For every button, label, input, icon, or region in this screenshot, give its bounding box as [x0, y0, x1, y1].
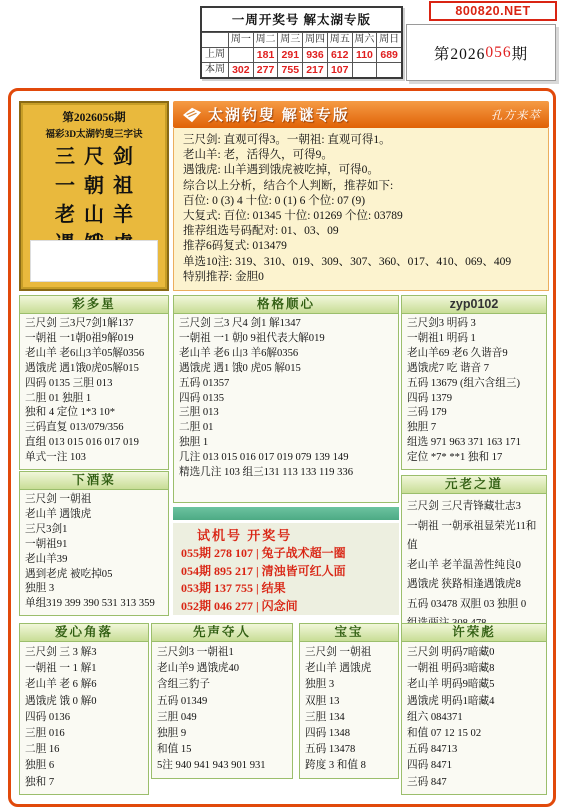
site-link[interactable]: 800820.NET: [429, 1, 557, 21]
section-caiduoxing: 彩多星 三尺剑 三3尺7剑1解137一朝祖 一1朝0祖9解019老山羊 老6山3…: [19, 295, 169, 470]
text-line: 三码直复 013/079/356: [25, 421, 163, 436]
teal-separator-bar: [173, 507, 399, 520]
text-line: 独胆 1: [179, 436, 393, 451]
text-line: 遇饿虎 狭路相逢遇饿虎8: [407, 575, 541, 595]
text-line: 双胆 13: [305, 694, 393, 710]
section-title: zyp0102: [402, 296, 546, 314]
text-line: 五码 84713: [407, 742, 541, 758]
text-line: 5注 940 941 943 901 931: [157, 758, 287, 774]
decode-line: 大复式: 百位: 01345 十位: 01269 个位: 03789: [183, 209, 539, 224]
golden-verse: 三尺剑: [30, 145, 167, 169]
text-line: 三尺剑 三尺青锋藏壮志3: [407, 497, 541, 517]
text-line: 遇饿虎 明码1暗藏4: [407, 694, 541, 710]
table-cell: 周二: [253, 33, 278, 47]
shiji-title: 试机号 开奖号: [181, 526, 391, 545]
section-yuanlao: 元老之道 三尺剑 三尺青锋藏壮志3一朝祖 一朝承祖显荣光11和值老山羊 老羊温善…: [401, 475, 547, 638]
issue-number: 056: [485, 44, 511, 62]
text-line: 遇饿虎 遇1饿0虎05解015: [25, 362, 163, 377]
decode-line: 特别推荐: 金胆0: [183, 270, 539, 285]
section-title: 彩多星: [20, 296, 168, 314]
text-line: 含组三豹子: [157, 677, 287, 693]
text-line: 一朝祖91: [25, 538, 163, 553]
section-shiji: 试机号 开奖号 055期 278 107 | 兔子战术超一圈054期 895 2…: [173, 523, 399, 615]
table-cell: 周三: [277, 33, 302, 47]
text-line: 和值 07 12 15 02: [407, 726, 541, 742]
text-line: 独胆 3: [25, 582, 163, 597]
text-line: 三尺剑 三 3 解3: [25, 645, 143, 661]
draw-history-line: 053期 137 755 | 结果: [181, 580, 391, 598]
text-line: 五码 01349: [157, 694, 287, 710]
main-header: 太湖钓叟 解谜专版 孔方来萃: [173, 101, 549, 128]
paper-icon: [181, 106, 203, 124]
text-line: 遇饿虎 遇1 饿0 虎05 解015: [179, 362, 393, 377]
section-zyp0102: zyp0102 三尺剑3 明码 3一朝祖1 明码 1老山羊69 老6 久谐音9遇…: [401, 295, 547, 470]
table-cell: 110: [352, 48, 377, 62]
golden-issue: 第2026056期: [21, 109, 167, 125]
text-line: 四码 8471: [407, 758, 541, 774]
text-line: 一朝祖1 明码 1: [407, 332, 541, 347]
text-line: 老山羊39: [25, 553, 163, 568]
text-line: 五码 01357: [179, 377, 393, 392]
text-line: 单式一注 103: [25, 451, 163, 466]
text-line: 老山羊 老6 山3 羊6解0356: [179, 347, 393, 362]
text-line: 三胆 134: [305, 710, 393, 726]
table-cell: 上周: [202, 48, 228, 62]
text-line: 三尺剑 一朝祖: [305, 645, 393, 661]
section-body: 三尺剑3 一朝祖1老山羊9 遇饿虎40含组三豹子五码 01349三胆 049独胆…: [152, 642, 292, 778]
shiji-body: 055期 278 107 | 兔子战术超一圈054期 895 217 | 清浊皆…: [181, 545, 391, 615]
text-line: 三尺剑3 一朝祖1: [157, 645, 287, 661]
text-line: 老山羊 明码9暗藏5: [407, 677, 541, 693]
decode-line: 单选10注: 319、310、019、309、307、360、017、410、0…: [183, 255, 539, 270]
table-cell: 755: [277, 63, 302, 77]
text-line: 二胆 16: [25, 742, 143, 758]
table-cell: 291: [277, 48, 302, 62]
draw-history-line: 052期 046 277 | 闪念间: [181, 598, 391, 616]
section-title: 许荣彪: [402, 624, 546, 642]
weekly-table-row-lastweek: 上周181291936612110689: [202, 47, 401, 62]
table-cell: [352, 63, 377, 77]
golden-verse-card: 第2026056期 福彩3D太湖钓叟三字诀 三尺剑 一朝祖 老山羊 遇饿虎: [19, 101, 169, 291]
table-cell: 302: [228, 63, 253, 77]
text-line: 三尺剑 明码7暗藏0: [407, 645, 541, 661]
text-line: 三胆 016: [25, 726, 143, 742]
issue-prefix: 第2026: [434, 42, 486, 64]
section-title: 宝宝: [300, 624, 398, 642]
decode-line: 推荐组选号码配对: 01、03、09: [183, 224, 539, 239]
text-line: 四码 1379: [407, 392, 541, 407]
text-line: 一朝祖 一1朝0祖9解019: [25, 332, 163, 347]
main-decode-panel: 三尺剑: 直观可得3。一朝祖: 直观可得1。老山羊: 老，活得久，可得9。遇饿虎…: [173, 128, 549, 291]
text-line: 三胆 013: [179, 406, 393, 421]
section-body: 三尺剑3 明码 3一朝祖1 明码 1老山羊69 老6 久谐音9遇饿虎7 吃 谐音…: [402, 314, 546, 469]
section-gege: 格格顺心 三尺剑 三3 尺4 剑1 解1347一朝祖 一1 朝0 9祖代表大解0…: [173, 295, 399, 503]
table-cell: 周六: [352, 33, 377, 47]
text-line: 独和 4 定位 1*3 10*: [25, 406, 163, 421]
section-body: 三尺剑 明码7暗藏0一朝祖 明码3暗藏8老山羊 明码9暗藏5遇饿虎 明码1暗藏4…: [402, 642, 546, 794]
text-line: 三尺3剑1: [25, 523, 163, 538]
main-header-title: 太湖钓叟 解谜专版: [208, 104, 350, 125]
text-line: 遇到老虎 被吃掉05: [25, 568, 163, 583]
section-title: 爱心角落: [20, 624, 148, 642]
weekly-table-header-row: 周一周二周三周四周五周六周日: [202, 32, 401, 47]
section-body: 三尺剑 三 3 解3一朝祖 一 1 解1老山羊 老 6 解6遇饿虎 饿 0 解0…: [20, 642, 148, 794]
text-line: 三尺剑 三3尺7剑1解137: [25, 317, 163, 332]
section-title: 下酒菜: [20, 472, 168, 490]
table-cell: 217: [302, 63, 327, 77]
weekly-draws-table: 一周开奖号 解太湖专版 周一周二周三周四周五周六周日 上周18129193661…: [200, 6, 403, 79]
table-cell: 周四: [302, 33, 327, 47]
text-line: 四码 0135 三胆 013: [25, 377, 163, 392]
draw-history-line: 055期 278 107 | 兔子战术超一圈: [181, 545, 391, 563]
text-line: 一朝祖 一朝承祖显荣光11和值: [407, 517, 541, 556]
text-line: 四码 1348: [305, 726, 393, 742]
table-cell: 936: [302, 48, 327, 62]
text-line: 老山羊 老 6 解6: [25, 677, 143, 693]
text-line: 老山羊 遇饿虎: [25, 508, 163, 523]
text-line: 老山羊69 老6 久谐音9: [407, 347, 541, 362]
text-line: 二胆 01 独胆 1: [25, 392, 163, 407]
decode-line: 百位: 0 (3) 4 十位: 0 (1) 6 个位: 07 (9): [183, 194, 539, 209]
text-line: 三胆 049: [157, 710, 287, 726]
table-cell: 周一: [228, 33, 253, 47]
issue-suffix: 期: [512, 42, 529, 64]
section-aixin: 爱心角落 三尺剑 三 3 解3一朝祖 一 1 解1老山羊 老 6 解6遇饿虎 饿…: [19, 623, 149, 795]
text-line: 老山羊 遇饿虎: [305, 661, 393, 677]
text-line: 单组319 399 390 531 313 359: [25, 597, 163, 612]
text-line: 一朝祖 一1 朝0 9祖代表大解019: [179, 332, 393, 347]
text-line: 组六 084371: [407, 710, 541, 726]
decode-line: 三尺剑: 直观可得3。一朝祖: 直观可得1。: [183, 133, 539, 148]
table-cell: 689: [376, 48, 401, 62]
draw-history-line: 054期 895 217 | 清浊皆可红人面: [181, 563, 391, 581]
table-cell: 181: [253, 48, 278, 62]
text-line: 三尺剑 三3 尺4 剑1 解1347: [179, 317, 393, 332]
text-line: 五码 03478 双胆 03 独胆 0: [407, 595, 541, 615]
text-line: 独和 7: [25, 775, 143, 791]
section-xiajiucai: 下酒菜 三尺剑 一朝祖老山羊 遇饿虎三尺3剑1一朝祖91老山羊39遇到老虎 被吃…: [19, 471, 169, 616]
text-line: 三尺剑3 明码 3: [407, 317, 541, 332]
table-cell: 周日: [376, 33, 401, 47]
decode-line: 遇饿虎: 山羊遇到饿虎被吃掉，可得0。: [183, 163, 539, 178]
section-body: 三尺剑 一朝祖老山羊 遇饿虎三尺3剑1一朝祖91老山羊39遇到老虎 被吃掉05独…: [20, 490, 168, 615]
text-line: 组选 971 963 371 163 171: [407, 436, 541, 451]
text-line: 直组 013 015 016 017 019: [25, 436, 163, 451]
table-cell: 277: [253, 63, 278, 77]
decode-line: 推荐6码复式: 013479: [183, 239, 539, 254]
text-line: 老山羊 老6山3羊05解0356: [25, 347, 163, 362]
text-line: 独胆 9: [157, 726, 287, 742]
section-body: 三尺剑 三3尺7剑1解137一朝祖 一1朝0祖9解019老山羊 老6山3羊05解…: [20, 314, 168, 469]
text-line: 遇饿虎 饿 0 解0: [25, 694, 143, 710]
section-body: 三尺剑 一朝祖老山羊 遇饿虎独胆 3双胆 13三胆 134四码 1348五码 1…: [300, 642, 398, 778]
text-line: 独胆 6: [25, 758, 143, 774]
golden-verse: 老山羊: [30, 203, 167, 227]
golden-subtitle: 福彩3D太湖钓叟三字诀: [21, 126, 167, 140]
text-line: 四码 0136: [25, 710, 143, 726]
text-line: 独胆 3: [305, 677, 393, 693]
weekly-table-row-thisweek: 本周302277755217107: [202, 62, 401, 77]
text-line: 三尺剑 一朝祖: [25, 493, 163, 508]
text-line: 遇饿虎7 吃 谐音 7: [407, 362, 541, 377]
text-line: 定位 *7* **1 独和 17: [407, 451, 541, 466]
section-title: 先声夺人: [152, 624, 292, 642]
text-line: 老山羊 老羊温善性纯良0: [407, 556, 541, 576]
main-header-right-label: 孔方来萃: [491, 107, 541, 123]
text-line: 二胆 01: [179, 421, 393, 436]
table-cell: [202, 33, 228, 47]
table-cell: 本周: [202, 63, 228, 77]
section-baobao: 宝宝 三尺剑 一朝祖老山羊 遇饿虎独胆 3双胆 13三胆 134四码 1348五…: [299, 623, 399, 779]
text-line: 一朝祖 一 1 解1: [25, 661, 143, 677]
table-cell: [228, 48, 253, 62]
text-line: 五码 13679 (组六含组三): [407, 377, 541, 392]
golden-blank-box: [30, 240, 158, 282]
text-line: 三码 179: [407, 406, 541, 421]
table-cell: 612: [327, 48, 352, 62]
section-xiansheng: 先声夺人 三尺剑3 一朝祖1老山羊9 遇饿虎40含组三豹子五码 01349三胆 …: [151, 623, 293, 779]
table-cell: 周五: [327, 33, 352, 47]
text-line: 四码 0135: [179, 392, 393, 407]
section-xurong: 许荣彪 三尺剑 明码7暗藏0一朝祖 明码3暗藏8老山羊 明码9暗藏5遇饿虎 明码…: [401, 623, 547, 795]
text-line: 一朝祖 明码3暗藏8: [407, 661, 541, 677]
weekly-table-title: 一周开奖号 解太湖专版: [202, 8, 401, 32]
section-title: 格格顺心: [174, 296, 398, 314]
text-line: 精选几注 103 组三131 113 133 119 336: [179, 466, 393, 481]
text-line: 老山羊9 遇饿虎40: [157, 661, 287, 677]
text-line: 五码 13478: [305, 742, 393, 758]
text-line: 独胆 7: [407, 421, 541, 436]
section-title: 元老之道: [402, 476, 546, 494]
issue-number-box: 第2026056期: [406, 24, 556, 81]
main-board: 第2026056期 福彩3D太湖钓叟三字诀 三尺剑 一朝祖 老山羊 遇饿虎 太湖…: [8, 88, 556, 807]
section-body: 三尺剑 三尺青锋藏壮志3一朝祖 一朝承祖显荣光11和值老山羊 老羊温善性纯良0遇…: [402, 494, 546, 637]
text-line: 几注 013 015 016 017 019 079 139 149: [179, 451, 393, 466]
text-line: 三码 847: [407, 775, 541, 791]
table-cell: 107: [327, 63, 352, 77]
text-line: 跨度 3 和值 8: [305, 758, 393, 774]
text-line: 和值 15: [157, 742, 287, 758]
golden-verse: 一朝祖: [30, 174, 167, 198]
decode-line: 老山羊: 老，活得久，可得9。: [183, 148, 539, 163]
section-body: 三尺剑 三3 尺4 剑1 解1347一朝祖 一1 朝0 9祖代表大解019老山羊…: [174, 314, 398, 484]
table-cell: [376, 63, 401, 77]
decode-line: 综合以上分析，结合个人判断，推荐如下:: [183, 179, 539, 194]
